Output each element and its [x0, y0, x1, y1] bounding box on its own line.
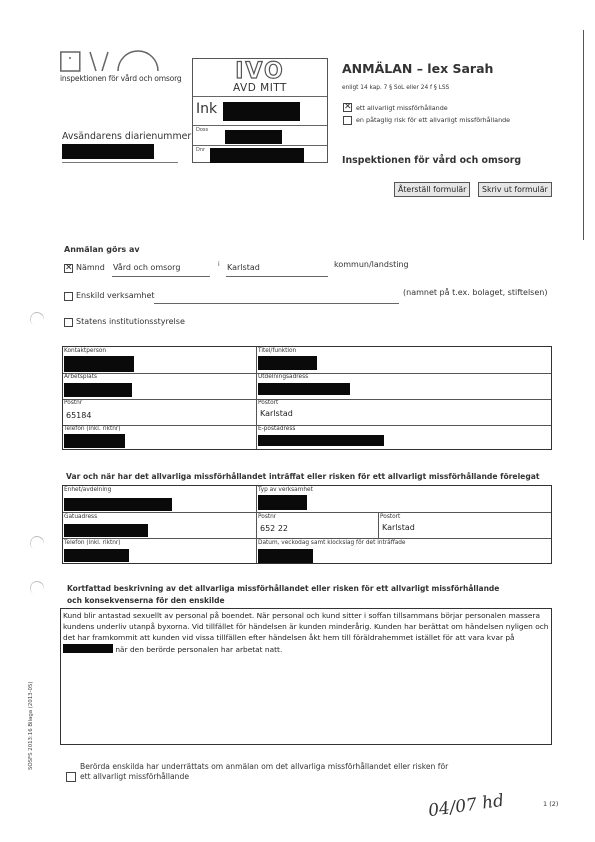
section-title-description: Kortfattad beskrivning av det allvarliga… [67, 584, 499, 593]
connector-text: i [218, 261, 220, 268]
field-label: E-postadress [258, 426, 295, 432]
redacted-dossier [225, 130, 282, 144]
divider [62, 162, 178, 163]
persons-notified-label: Berörda enskilda har underrättats om anm… [80, 762, 460, 782]
field-label: Postort [258, 400, 278, 406]
private-operator-name-field[interactable] [154, 303, 399, 304]
section-title-description-line2: och konsekvenserna för den enskilde [67, 596, 225, 605]
field-underline [112, 276, 210, 277]
field-label: Utdelningsadress [258, 374, 308, 380]
checkbox-risk-misconduct[interactable] [343, 116, 352, 125]
checkbox-board[interactable]: ✕ [64, 264, 73, 273]
stamp-title: IVO [193, 61, 327, 83]
form-reference: SOSFS 2013:16 Bilaga (2013-05) [28, 681, 34, 770]
contact-table: Kontaktperson Titel/funktion Arbetsplats… [62, 346, 552, 450]
redacted-workplace [64, 383, 132, 397]
divider [63, 512, 551, 513]
margin-line [583, 30, 584, 240]
ivo-logo-icon [60, 50, 180, 72]
divider [63, 399, 551, 400]
print-form-button[interactable]: Skriv ut formulär [478, 182, 552, 197]
field-label: Titel/funktion [258, 348, 296, 354]
divider [63, 425, 551, 426]
field-label: Gatuadress [64, 514, 97, 520]
checkbox-state-institution[interactable] [64, 318, 73, 327]
field-label: Postort [380, 514, 400, 520]
divider [63, 538, 551, 539]
option-label: Nämnd [76, 263, 105, 272]
redacted-incident-datetime [258, 549, 313, 563]
checkbox-serious-misconduct[interactable]: ✕ [343, 103, 352, 112]
divider [378, 512, 379, 538]
option-label: Statens institutionsstyrelse [76, 317, 185, 326]
logo-text: inspektionen för vård och omsorg [60, 74, 182, 83]
ivo-received-stamp: IVO AVD MITT Ink Doss Dnr [192, 58, 328, 163]
redacted-dnr [210, 148, 304, 163]
field-underline [226, 276, 328, 277]
reset-form-button[interactable]: Återställ formulär [394, 182, 470, 197]
stamp-ink-label: Ink [196, 101, 217, 117]
redacted-diary-number [62, 144, 154, 159]
punch-hole [28, 579, 46, 597]
description-text-part: Kund blir antastad sexuellt av personal … [63, 611, 548, 642]
postal-code-field[interactable]: 65184 [66, 411, 91, 420]
option-label: Enskild verksamhet [76, 291, 155, 300]
divider [193, 145, 327, 146]
redacted-location [63, 644, 113, 653]
sender-diary-label: Avsändarens diarienummer [62, 131, 191, 142]
city-field[interactable]: Karlstad [260, 409, 293, 418]
checkbox-label: ett allvarligt missförhållande [356, 104, 448, 112]
incident-location-table: Enhet/avdelning Typ av verksamhet Gatuad… [62, 485, 552, 564]
redacted-phone [64, 434, 125, 448]
stamp-dossier-label: Doss [196, 127, 208, 133]
handwritten-signature: 04/07 hd [427, 791, 505, 821]
field-label: Typ av verksamhet [258, 487, 313, 493]
divider [193, 125, 327, 126]
municipality-suffix: kommun/landsting [334, 260, 409, 269]
private-operator-hint: (namnet på t.ex. bolaget, stiftelsen) [403, 288, 547, 297]
checkbox-persons-notified[interactable] [66, 772, 76, 782]
punch-hole [28, 534, 46, 552]
divider [256, 347, 257, 449]
redacted-received-date [223, 102, 300, 121]
stamp-subtitle: AVD MITT [193, 82, 327, 94]
divider [193, 96, 327, 97]
section-title-reporter: Anmälan görs av [64, 245, 140, 254]
municipality-field[interactable]: Karlstad [227, 263, 260, 272]
field-label: Telefon (inkl. riktnr) [64, 540, 121, 546]
field-label: Arbetsplats [64, 374, 97, 380]
redacted-street [64, 524, 148, 537]
redacted-contact-person [64, 356, 134, 372]
redacted-delivery-address [258, 383, 350, 395]
field-label: Enhet/avdelning [64, 487, 111, 493]
punch-hole [28, 310, 46, 328]
description-text-part: när den berörde personalen har arbetat n… [113, 645, 282, 654]
field-label: Postnr [64, 400, 82, 406]
checkbox-private-operator[interactable] [64, 292, 73, 301]
field-label: Datum, veckodag samt klockslag för det i… [258, 540, 406, 546]
form-subtitle: enligt 14 kap. 7 § SoL eller 24 f § LSS [342, 85, 449, 91]
authority-name: Inspektionen för vård och omsorg [342, 155, 521, 166]
board-name-field[interactable]: Vård och omsorg [113, 263, 180, 272]
redacted-unit [64, 498, 172, 511]
redacted-operation-type [258, 495, 307, 510]
stamp-dnr-label: Dnr [196, 147, 205, 153]
redacted-title [258, 356, 317, 370]
page-number: 1 (2) [543, 800, 558, 808]
description-text: Kund blir antastad sexuellt av personal … [63, 610, 551, 655]
divider [256, 486, 257, 563]
field-label: Postnr [258, 514, 276, 520]
checkbox-label: en påtaglig risk för ett allvarligt miss… [356, 116, 510, 124]
redacted-email [258, 435, 384, 446]
field-label: Telefon (inkl. riktnr) [64, 426, 121, 432]
form-title: ANMÄLAN – lex Sarah [342, 61, 493, 76]
incident-postal-code-field[interactable]: 652 22 [260, 524, 288, 533]
section-title-incident-location: Var och när har det allvarliga missförhå… [66, 472, 540, 481]
incident-city-field[interactable]: Karlstad [382, 523, 415, 532]
description-textarea[interactable]: Kund blir antastad sexuellt av personal … [60, 608, 552, 745]
redacted-incident-phone [64, 549, 129, 562]
field-label: Kontaktperson [64, 348, 106, 354]
